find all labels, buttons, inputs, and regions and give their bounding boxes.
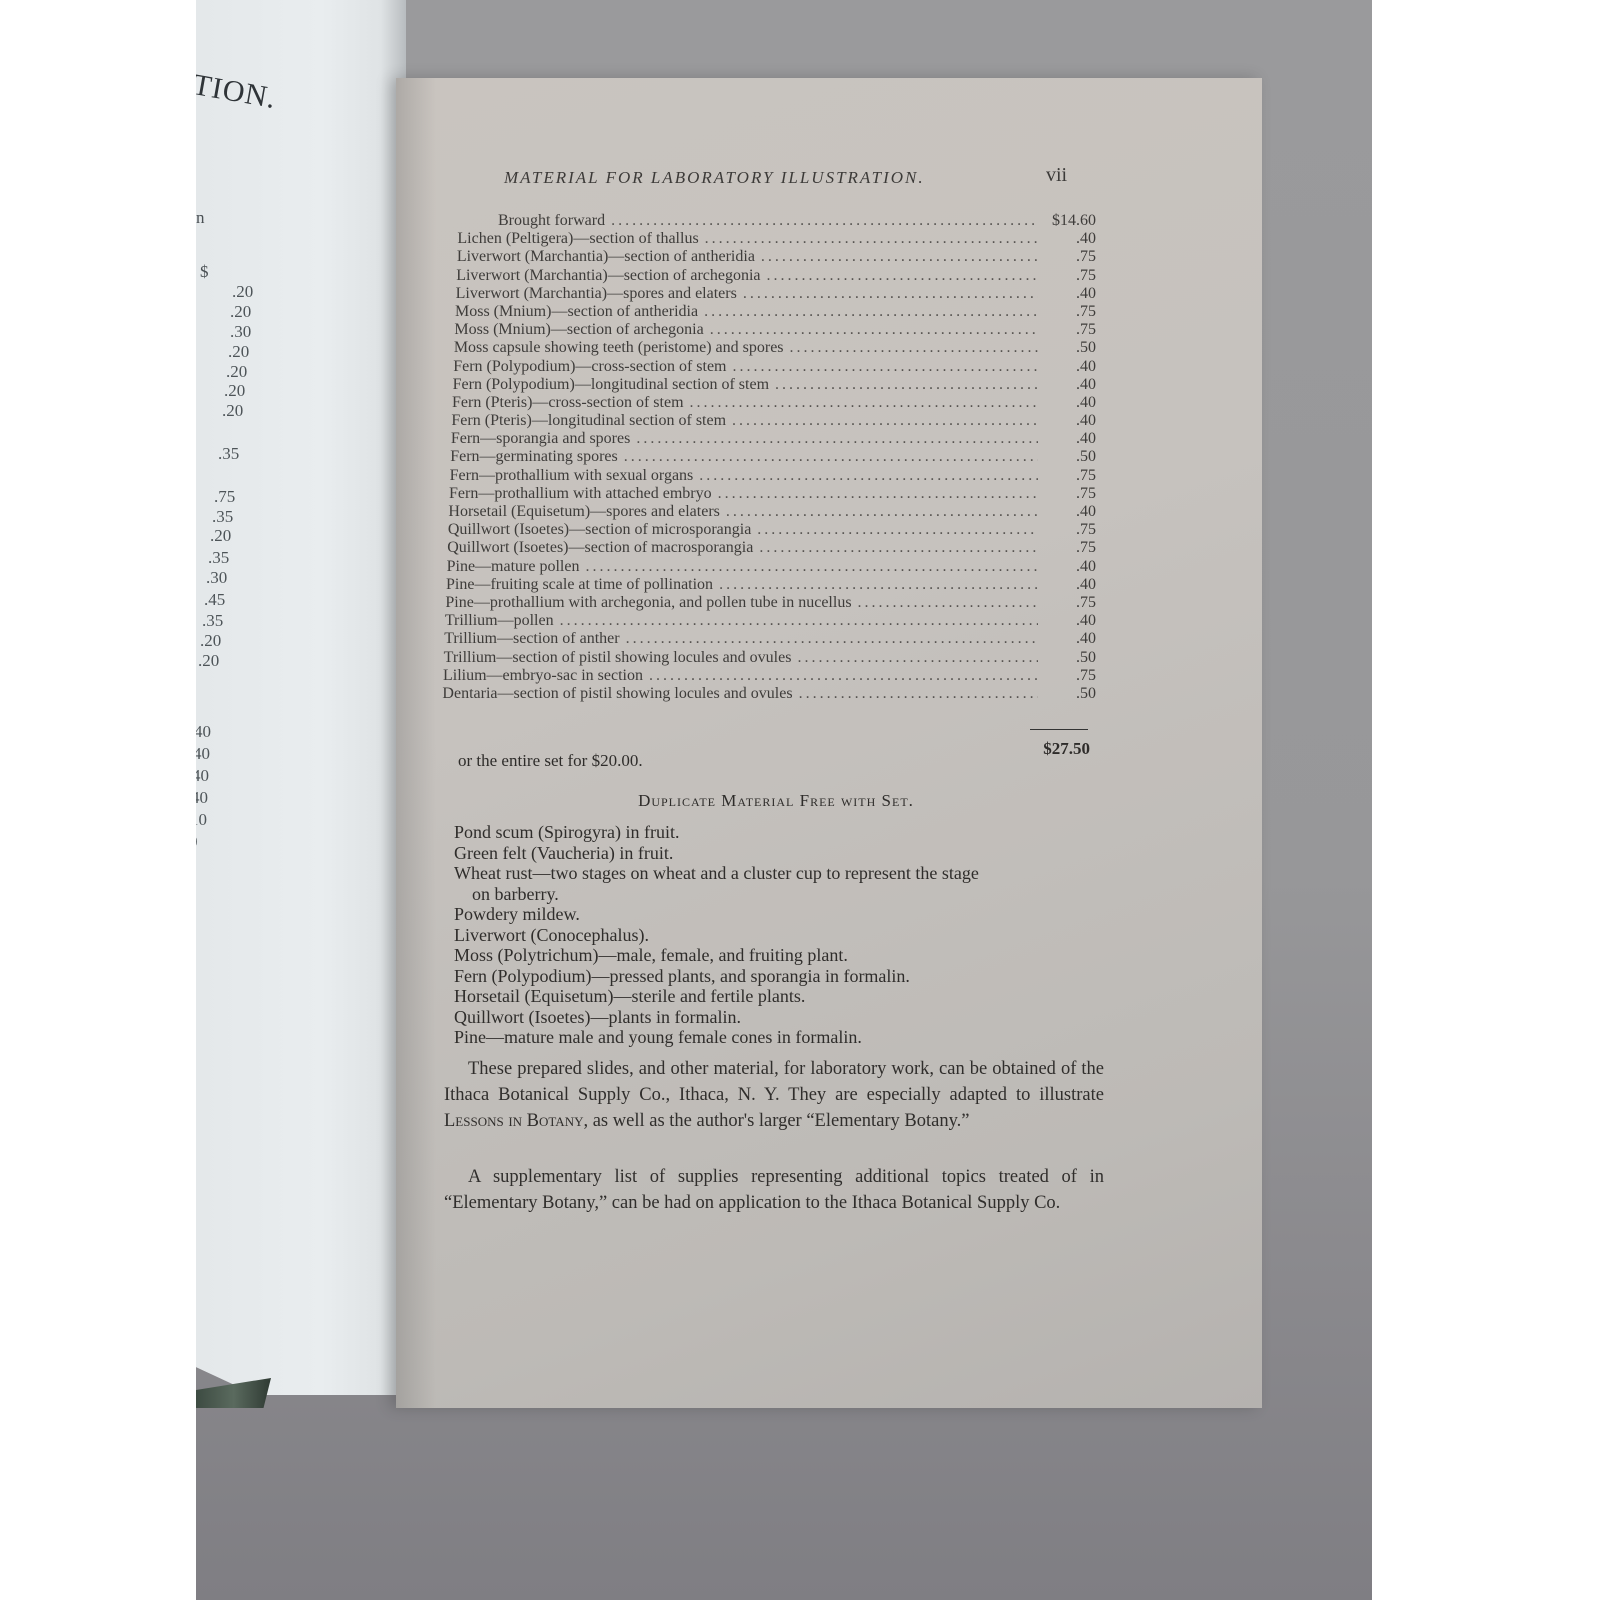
item-price: .40 <box>1038 230 1096 248</box>
leader-dots: ........................................… <box>605 212 1038 230</box>
duplicate-item: Fern (Polypodium)—pressed plants, and sp… <box>454 966 1114 987</box>
item-price: .50 <box>1038 339 1096 357</box>
price-list-row: Quillwort (Isoetes)—section of macrospor… <box>447 539 1096 557</box>
price-list-row: Trillium—pollen.........................… <box>445 612 1096 630</box>
item-label: Fern—sporangia and spores <box>451 430 631 448</box>
leader-dots: ........................................… <box>579 558 1038 576</box>
duplicate-item-text: Horsetail (Equisetum)—sterile and fertil… <box>454 986 805 1006</box>
left-page-price: .35 <box>208 548 229 568</box>
item-label: Fern (Polypodium)—cross-section of stem <box>453 358 726 376</box>
duplicate-material-heading: Duplicate Material Free with Set. <box>456 791 1096 811</box>
brought-forward-row: Brought forward.........................… <box>458 212 1096 230</box>
item-label: Fern (Pteris)—cross-section of stem <box>452 394 684 412</box>
item-price: .75 <box>1038 667 1096 685</box>
leader-dots: ........................................… <box>720 503 1038 521</box>
left-page-cut-price: 40 <box>196 788 208 808</box>
book-title-lessons-in-botany: Lessons in Botany <box>444 1111 583 1131</box>
price-list-row: Trillium—section of anther..............… <box>444 630 1096 648</box>
item-label: Fern—prothallium with sexual organs <box>450 467 694 485</box>
price-list-row: Fern (Pteris)—cross-section of stem.....… <box>452 394 1096 412</box>
duplicate-item: Horsetail (Equisetum)—sterile and fertil… <box>454 986 1114 1007</box>
item-label: Fern—prothallium with attached embryo <box>449 485 712 503</box>
price-list-row: Fern—prothallium with sexual organs.....… <box>450 467 1096 485</box>
leader-dots: ........................................… <box>698 303 1038 321</box>
price-list-row: Moss (Mnium)—section of archegonia......… <box>454 321 1096 339</box>
item-price: .75 <box>1038 321 1096 339</box>
supplementary-list-paragraph: A supplementary list of supplies represe… <box>444 1164 1104 1216</box>
left-page: TION. n $ .20.20.30.20.20.20.20.35.75.35… <box>196 0 406 1395</box>
item-price: $14.60 <box>1038 212 1096 230</box>
duplicate-item-text: on barberry. <box>454 884 1114 905</box>
item-label: Moss capsule showing teeth (peristome) a… <box>454 339 784 357</box>
duplicate-item-text: Fern (Polypodium)—pressed plants, and sp… <box>454 966 910 986</box>
running-head: MATERIAL FOR LABORATORY ILLUSTRATION. <box>504 168 1104 188</box>
item-price: .40 <box>1038 358 1096 376</box>
leader-dots: ........................................… <box>620 630 1038 648</box>
item-label: Liverwort (Marchantia)—spores and elater… <box>456 285 737 303</box>
item-label: Trillium—section of pistil showing locul… <box>444 649 792 667</box>
duplicate-item: Green felt (Vaucheria) in fruit. <box>454 843 1114 864</box>
left-page-price: .35 <box>218 444 239 464</box>
left-page-cut-price: 10 <box>196 810 207 830</box>
item-price: .40 <box>1038 430 1096 448</box>
left-page-price: .20 <box>224 381 245 401</box>
item-price: .75 <box>1038 594 1096 612</box>
duplicate-item-text: Quillwort (Isoetes)—plants in formalin. <box>454 1007 741 1027</box>
item-price: .40 <box>1038 412 1096 430</box>
item-price: .40 <box>1038 630 1096 648</box>
item-label: Fern (Polypodium)—longitudinal section o… <box>453 376 769 394</box>
left-page-price: .20 <box>232 282 253 302</box>
leader-dots: ........................................… <box>761 267 1038 285</box>
duplicate-item: Powdery mildew. <box>454 904 1114 925</box>
price-list-row: Trillium—section of pistil showing locul… <box>444 649 1096 667</box>
leader-dots: ........................................… <box>554 612 1038 630</box>
leader-dots: ........................................… <box>704 321 1038 339</box>
duplicate-item-continuation: on barberry. <box>454 884 1114 905</box>
leader-dots: ........................................… <box>753 539 1038 557</box>
item-price: .75 <box>1038 521 1096 539</box>
entire-set-offer: or the entire set for $20.00. <box>458 751 643 771</box>
item-price: .40 <box>1038 576 1096 594</box>
price-list-row: Fern (Polypodium)—longitudinal section o… <box>453 376 1096 394</box>
left-page-price: .20 <box>210 526 231 546</box>
leader-dots: ........................................… <box>755 248 1038 266</box>
duplicate-item-text: Powdery mildew. <box>454 904 580 924</box>
item-price: .50 <box>1038 448 1096 466</box>
left-page-text-fragment: n <box>196 208 205 228</box>
item-price: .50 <box>1038 649 1096 667</box>
item-label: Moss (Mnium)—section of archegonia <box>454 321 703 339</box>
item-label: Pine—prothallium with archegonia, and po… <box>445 594 851 612</box>
item-label: Moss (Mnium)—section of antheridia <box>455 303 698 321</box>
leader-dots: ........................................… <box>713 576 1038 594</box>
duplicate-item-text: Wheat rust—two stages on wheat and a clu… <box>454 863 979 883</box>
item-label: Liverwort (Marchantia)—section of anther… <box>457 248 755 266</box>
leader-dots: ........................................… <box>726 412 1038 430</box>
leader-dots: ........................................… <box>630 430 1038 448</box>
supplier-paragraph-text-a: These prepared slides, and other materia… <box>444 1059 1104 1105</box>
price-list-row: Pine—fruiting scale at time of pollinati… <box>446 576 1096 594</box>
price-list-row: Liverwort (Marchantia)—spores and elater… <box>456 285 1096 303</box>
leader-dots: ........................................… <box>737 285 1038 303</box>
item-price: .75 <box>1038 248 1096 266</box>
right-page: MATERIAL FOR LABORATORY ILLUSTRATION. vi… <box>396 78 1262 1408</box>
item-price: .40 <box>1038 285 1096 303</box>
left-page-price: .20 <box>226 362 247 382</box>
leader-dots: ........................................… <box>712 485 1038 503</box>
leader-dots: ........................................… <box>784 339 1038 357</box>
left-page-cut-price: 0 <box>196 854 197 874</box>
price-list-row: Pine—prothallium with archegonia, and po… <box>445 594 1096 612</box>
left-page-price: .35 <box>202 611 223 631</box>
price-list-row: Quillwort (Isoetes)—section of microspor… <box>448 521 1096 539</box>
leader-dots: ........................................… <box>793 685 1038 703</box>
price-list-row: Moss capsule showing teeth (peristome) a… <box>454 339 1096 357</box>
price-total: $27.50 <box>1016 739 1090 759</box>
duplicate-item: Liverwort (Conocephalus). <box>454 925 1114 946</box>
item-price: .50 <box>1038 685 1096 703</box>
item-label: Pine—fruiting scale at time of pollinati… <box>446 576 713 594</box>
leader-dots: ........................................… <box>751 521 1038 539</box>
item-label: Brought forward <box>458 212 605 230</box>
price-list-row: Fern—sporangia and spores...............… <box>451 430 1096 448</box>
price-list-row: Lilium—embryo-sac in section............… <box>443 667 1096 685</box>
left-page-price: .45 <box>204 590 225 610</box>
page-number: vii <box>1046 164 1067 187</box>
left-page-cut-price: 40 <box>196 744 210 764</box>
item-label: Horsetail (Equisetum)—spores and elaters <box>448 503 719 521</box>
total-rule <box>1030 729 1088 730</box>
left-page-price: .75 <box>214 487 235 507</box>
duplicate-item-text: Liverwort (Conocephalus). <box>454 925 649 945</box>
item-label: Fern (Pteris)—longitudinal section of st… <box>451 412 726 430</box>
left-page-price: .20 <box>230 302 251 322</box>
leader-dots: ........................................… <box>643 667 1038 685</box>
duplicate-item-text: Moss (Polytrichum)—male, female, and fru… <box>454 945 848 965</box>
price-list-row: Liverwort (Marchantia)—section of archeg… <box>456 267 1096 285</box>
left-page-cut-price: 40 <box>196 722 211 742</box>
item-label: Lichen (Peltigera)—section of thallus <box>457 230 698 248</box>
duplicate-item-text: Green felt (Vaucheria) in fruit. <box>454 843 673 863</box>
leader-dots: ........................................… <box>727 358 1039 376</box>
left-page-price: .20 <box>222 401 243 421</box>
item-label: Dentaria—section of pistil showing locul… <box>442 685 792 703</box>
price-list-row: Moss (Mnium)—section of antheridia......… <box>455 303 1096 321</box>
leader-dots: ........................................… <box>699 230 1038 248</box>
leader-dots: ........................................… <box>852 594 1038 612</box>
image-border-right <box>1372 0 1600 1600</box>
item-label: Pine—mature pollen <box>447 558 580 576</box>
leader-dots: ........................................… <box>684 394 1038 412</box>
item-label: Quillwort (Isoetes)—section of macrospor… <box>447 539 753 557</box>
left-page-price: .35 <box>212 507 233 527</box>
price-list: Brought forward.........................… <box>458 212 1096 703</box>
price-list-row: Fern—germinating spores.................… <box>450 448 1096 466</box>
left-page-dollar-sign: $ <box>200 262 209 282</box>
item-price: .40 <box>1038 612 1096 630</box>
left-page-price: .30 <box>206 568 227 588</box>
price-list-row: Liverwort (Marchantia)—section of anther… <box>457 248 1096 266</box>
left-page-cut-price: 40 <box>196 766 209 786</box>
duplicate-item: Pond scum (Spirogyra) in fruit. <box>454 822 1114 843</box>
supplier-paragraph: These prepared slides, and other materia… <box>444 1056 1104 1134</box>
leader-dots: ........................................… <box>791 649 1038 667</box>
supplier-paragraph-text-b: , as well as the author's larger “Elemen… <box>583 1111 969 1131</box>
duplicate-item: Pine—mature male and young female cones … <box>454 1027 1114 1048</box>
left-page-price: .20 <box>200 631 221 651</box>
duplicate-item-text: Pine—mature male and young female cones … <box>454 1027 862 1047</box>
left-page-price: .20 <box>228 342 249 362</box>
item-label: Liverwort (Marchantia)—section of archeg… <box>456 267 760 285</box>
left-page-running-head-fragment: TION. <box>196 68 279 116</box>
item-label: Trillium—section of anther <box>444 630 619 648</box>
item-label: Trillium—pollen <box>445 612 554 630</box>
item-price: .75 <box>1038 539 1096 557</box>
left-page-price: .30 <box>230 322 251 342</box>
leader-dots: ........................................… <box>618 448 1038 466</box>
item-price: .75 <box>1038 467 1096 485</box>
price-list-row: Horsetail (Equisetum)—spores and elaters… <box>448 503 1096 521</box>
duplicate-item-text: Pond scum (Spirogyra) in fruit. <box>454 822 679 842</box>
left-page-cut-price: 0 <box>196 832 198 852</box>
price-list-row: Dentaria—section of pistil showing locul… <box>442 685 1096 703</box>
item-price: .75 <box>1038 485 1096 503</box>
duplicate-item: Wheat rust—two stages on wheat and a clu… <box>454 863 1114 884</box>
price-list-row: Fern (Polypodium)—cross-section of stem.… <box>453 358 1096 376</box>
item-price: .75 <box>1038 267 1096 285</box>
item-label: Fern—germinating spores <box>450 448 618 466</box>
leader-dots: ........................................… <box>693 467 1038 485</box>
left-page-price: .20 <box>198 651 219 671</box>
duplicate-material-list: Pond scum (Spirogyra) in fruit.Green fel… <box>454 822 1114 1048</box>
item-price: .40 <box>1038 558 1096 576</box>
price-list-row: Fern—prothallium with attached embryo...… <box>449 485 1096 503</box>
page-gutter-shadow <box>396 78 436 1408</box>
price-list-row: Lichen (Peltigera)—section of thallus...… <box>457 230 1096 248</box>
item-price: .75 <box>1038 303 1096 321</box>
item-label: Lilium—embryo-sac in section <box>443 667 643 685</box>
image-border-left <box>0 0 196 1600</box>
item-label: Quillwort (Isoetes)—section of microspor… <box>448 521 751 539</box>
duplicate-item: Quillwort (Isoetes)—plants in formalin. <box>454 1007 1114 1028</box>
item-price: .40 <box>1038 376 1096 394</box>
price-list-row: Fern (Pteris)—longitudinal section of st… <box>451 412 1096 430</box>
price-list-row: Pine—mature pollen......................… <box>447 558 1096 576</box>
item-price: .40 <box>1038 503 1096 521</box>
item-price: .40 <box>1038 394 1096 412</box>
duplicate-item: Moss (Polytrichum)—male, female, and fru… <box>454 945 1114 966</box>
leader-dots: ........................................… <box>769 376 1038 394</box>
